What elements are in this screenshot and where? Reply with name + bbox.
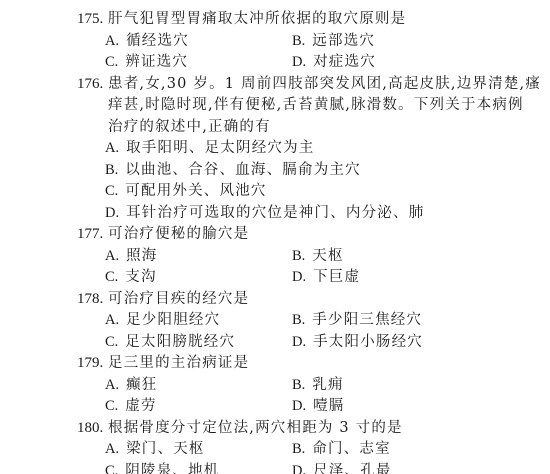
option-letter: D. <box>292 334 306 350</box>
question-number: 177. <box>77 224 103 246</box>
option-text: 噎膈 <box>313 398 344 414</box>
question-text: 治疗的叙述中,正确的有 <box>108 117 271 139</box>
option-letter: A. <box>105 33 119 49</box>
option-d: D.下巨虚 <box>292 267 360 289</box>
option-text: 对症选穴 <box>313 54 376 70</box>
question-text: 痒甚,时隐时现,伴有便秘,舌苔黄腻,脉滑数。下列关于本病例 <box>108 95 524 117</box>
option-c: C.可配用外关、风池穴 <box>105 181 267 203</box>
option-text: 手太阳小肠经穴 <box>313 334 423 350</box>
question-stem-continued: 治疗的叙述中,正确的有 <box>0 117 550 139</box>
exam-page: 175. 肝气犯胃型胃痛取太冲所依据的取穴原则是 A.循经选穴 B.远部选穴 C… <box>0 9 550 474</box>
option-d: D.尺泽、孔最 <box>292 461 392 474</box>
option-c: C.辨证选穴 <box>105 52 188 74</box>
option-a: A.癫狂 <box>105 375 158 397</box>
option-text: 梁门、天枢 <box>126 441 205 457</box>
option-letter: A. <box>105 441 119 457</box>
options-row: C.辨证选穴 D.对症选穴 <box>0 52 550 74</box>
options-row: A.取手阳明、足太阴经穴为主 <box>0 138 550 160</box>
option-a: A.照海 <box>105 246 158 268</box>
option-text: 命门、志室 <box>312 441 391 457</box>
option-letter: D. <box>105 205 119 221</box>
question-stem: 178. 可治疗目疾的经穴是 <box>0 289 550 311</box>
question-text: 患者,女,30 岁。1 周前四肢部突发风团,高起皮肤,边界清楚,瘙 <box>108 74 541 96</box>
option-d: D.手太阳小肠经穴 <box>292 332 423 354</box>
question-number: 179. <box>77 353 103 375</box>
option-letter: C. <box>105 183 118 199</box>
options-row: C.可配用外关、风池穴 <box>0 181 550 203</box>
option-text: 以曲池、合谷、血海、膈俞为主穴 <box>125 162 361 178</box>
option-letter: A. <box>105 140 119 156</box>
question-text: 可治疗便秘的腧穴是 <box>108 224 249 246</box>
option-text: 虚劳 <box>125 398 156 414</box>
question-stem: 179. 足三里的主治病证是 <box>0 353 550 375</box>
option-a: A.取手阳明、足太阴经穴为主 <box>105 138 315 160</box>
option-text: 照海 <box>126 248 157 264</box>
option-b: B.命门、志室 <box>292 439 391 461</box>
options-row: A.足少阳胆经穴 B.手少阳三焦经穴 <box>0 310 550 332</box>
question-stem: 177. 可治疗便秘的腧穴是 <box>0 224 550 246</box>
option-text: 天枢 <box>312 248 343 264</box>
options-row: B.以曲池、合谷、血海、膈俞为主穴 <box>0 160 550 182</box>
option-letter: B. <box>292 248 305 264</box>
option-a: A.足少阳胆经穴 <box>105 310 220 332</box>
option-text: 乳痈 <box>312 377 343 393</box>
option-letter: C. <box>105 54 118 70</box>
option-letter: C. <box>105 269 118 285</box>
question-175: 175. 肝气犯胃型胃痛取太冲所依据的取穴原则是 A.循经选穴 B.远部选穴 C… <box>0 9 550 74</box>
option-text: 手少阳三焦经穴 <box>312 312 422 328</box>
option-c: C.足太阳膀胱经穴 <box>105 332 235 354</box>
options-row: C.支沟 D.下巨虚 <box>0 267 550 289</box>
option-text: 远部选穴 <box>312 33 375 49</box>
options-row: C.阴陵泉、地机 D.尺泽、孔最 <box>0 461 550 474</box>
option-letter: C. <box>105 334 118 350</box>
option-b: B.乳痈 <box>292 375 344 397</box>
options-row: A.梁门、天枢 B.命门、志室 <box>0 439 550 461</box>
options-row: A.循经选穴 B.远部选穴 <box>0 31 550 53</box>
option-letter: A. <box>105 377 119 393</box>
option-b: B.以曲池、合谷、血海、膈俞为主穴 <box>105 160 361 182</box>
option-text: 尺泽、孔最 <box>313 463 392 474</box>
option-a: A.循经选穴 <box>105 31 189 53</box>
question-stem: 175. 肝气犯胃型胃痛取太冲所依据的取穴原则是 <box>0 9 550 31</box>
question-text: 肝气犯胃型胃痛取太冲所依据的取穴原则是 <box>108 9 406 31</box>
option-b: B.手少阳三焦经穴 <box>292 310 422 332</box>
option-c: C.阴陵泉、地机 <box>105 461 220 474</box>
option-letter: A. <box>105 312 119 328</box>
question-178: 178. 可治疗目疾的经穴是 A.足少阳胆经穴 B.手少阳三焦经穴 C.足太阳膀… <box>0 289 550 354</box>
option-letter: D. <box>292 463 306 474</box>
option-text: 耳针治疗可选取的穴位是神门、内分泌、肺 <box>126 205 424 221</box>
option-text: 癫狂 <box>126 377 157 393</box>
question-text: 足三里的主治病证是 <box>108 353 249 375</box>
option-text: 支沟 <box>125 269 156 285</box>
option-letter: C. <box>105 398 118 414</box>
option-text: 可配用外关、风池穴 <box>125 183 266 199</box>
question-179: 179. 足三里的主治病证是 A.癫狂 B.乳痈 C.虚劳 D.噎膈 <box>0 353 550 418</box>
option-text: 足少阳胆经穴 <box>126 312 220 328</box>
option-text: 取手阳明、足太阴经穴为主 <box>126 140 314 156</box>
option-letter: C. <box>105 463 118 474</box>
option-text: 下巨虚 <box>313 269 360 285</box>
option-letter: D. <box>292 54 306 70</box>
question-text: 可治疗目疾的经穴是 <box>108 289 249 311</box>
options-row: C.虚劳 D.噎膈 <box>0 396 550 418</box>
question-stem-continued: 痒甚,时隐时现,伴有便秘,舌苔黄腻,脉滑数。下列关于本病例 <box>0 95 550 117</box>
option-text: 阴陵泉、地机 <box>125 463 219 474</box>
question-number: 176. <box>77 74 103 96</box>
question-177: 177. 可治疗便秘的腧穴是 A.照海 B.天枢 C.支沟 D.下巨虚 <box>0 224 550 289</box>
option-letter: B. <box>105 162 118 178</box>
option-c: C.支沟 <box>105 267 157 289</box>
question-number: 180. <box>77 418 103 440</box>
options-row: A.照海 B.天枢 <box>0 246 550 268</box>
question-number: 175. <box>77 9 103 31</box>
question-stem: 180. 根据骨度分寸定位法,两穴相距为 3 寸的是 <box>0 418 550 440</box>
option-b: B.天枢 <box>292 246 344 268</box>
option-letter: D. <box>292 269 306 285</box>
options-row: D.耳针治疗可选取的穴位是神门、内分泌、肺 <box>0 203 550 225</box>
option-b: B.远部选穴 <box>292 31 375 53</box>
option-letter: B. <box>292 441 305 457</box>
option-text: 足太阳膀胱经穴 <box>125 334 235 350</box>
question-stem: 176. 患者,女,30 岁。1 周前四肢部突发风团,高起皮肤,边界清楚,瘙 <box>0 74 550 96</box>
question-176: 176. 患者,女,30 岁。1 周前四肢部突发风团,高起皮肤,边界清楚,瘙 痒… <box>0 74 550 225</box>
option-letter: D. <box>292 398 306 414</box>
question-number: 178. <box>77 289 103 311</box>
option-letter: A. <box>105 248 119 264</box>
option-letter: B. <box>292 312 305 328</box>
option-a: A.梁门、天枢 <box>105 439 205 461</box>
option-d: D.耳针治疗可选取的穴位是神门、内分泌、肺 <box>105 203 424 225</box>
options-row: A.癫狂 B.乳痈 <box>0 375 550 397</box>
question-180: 180. 根据骨度分寸定位法,两穴相距为 3 寸的是 A.梁门、天枢 B.命门、… <box>0 418 550 474</box>
option-letter: B. <box>292 33 305 49</box>
option-letter: B. <box>292 377 305 393</box>
option-text: 辨证选穴 <box>125 54 188 70</box>
option-d: D.噎膈 <box>292 396 345 418</box>
option-c: C.虚劳 <box>105 396 157 418</box>
options-row: C.足太阳膀胱经穴 D.手太阳小肠经穴 <box>0 332 550 354</box>
question-text: 根据骨度分寸定位法,两穴相距为 3 寸的是 <box>108 418 403 440</box>
option-d: D.对症选穴 <box>292 52 376 74</box>
option-text: 循经选穴 <box>126 33 189 49</box>
